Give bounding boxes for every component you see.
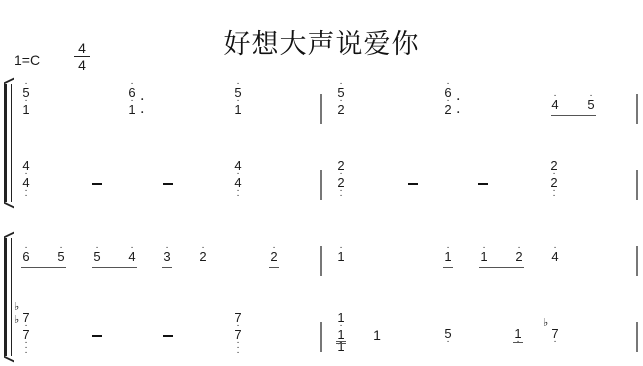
note: ·3 xyxy=(160,246,174,263)
barline xyxy=(320,170,322,200)
chord-note: ·5 ·2 xyxy=(334,82,348,116)
sustain-dash xyxy=(408,183,418,185)
note: ·2 xyxy=(512,246,526,263)
barline xyxy=(636,322,638,352)
note: ·5 xyxy=(90,246,104,263)
beam-underline xyxy=(21,267,66,268)
barline xyxy=(636,246,638,276)
note: ·1 xyxy=(477,246,491,263)
system-2-brace-icon xyxy=(4,238,12,356)
note: 5· xyxy=(441,328,455,345)
note: ·1 xyxy=(441,246,455,263)
chord-note: ·5 ·1 xyxy=(19,82,33,116)
augmentation-dot: . xyxy=(456,101,460,117)
chord-note: 4· 4·· xyxy=(19,160,33,199)
beam-underline xyxy=(336,343,346,344)
chord-note: ·5 ·1 xyxy=(231,82,245,116)
sustain-dash xyxy=(92,183,102,185)
barline xyxy=(636,94,638,124)
score-title: 好想大声说爱你 xyxy=(0,22,643,61)
note: ·2 xyxy=(196,246,210,263)
beam-underline xyxy=(551,115,596,116)
note: 1 xyxy=(370,328,384,342)
barline xyxy=(320,322,322,352)
chord-note: 2· 2·· xyxy=(334,160,348,199)
beam-underline xyxy=(443,267,453,268)
chord-note: ·6 ·2 xyxy=(441,82,455,116)
time-signature-numerator: 4 xyxy=(74,40,90,57)
beam-underline xyxy=(513,342,523,343)
barline xyxy=(320,246,322,276)
barline xyxy=(636,170,638,200)
note: ·4 xyxy=(548,94,562,111)
note: ·4 xyxy=(548,246,562,263)
beam-underline xyxy=(479,267,524,268)
chord-note: ·6 ·1 xyxy=(125,82,139,116)
note: ·4 xyxy=(125,246,139,263)
chord-note: 7· 7··· xyxy=(19,312,33,356)
chord-note: 4· 4·· xyxy=(231,160,245,199)
barline xyxy=(320,94,322,124)
beam-underline xyxy=(336,341,346,342)
augmentation-dot: . xyxy=(140,101,144,117)
note: ·2 xyxy=(267,246,281,263)
note: 7· xyxy=(548,328,562,345)
note: ·5 xyxy=(584,94,598,111)
beam-underline xyxy=(92,267,137,268)
system-1-brace-icon xyxy=(4,84,12,202)
sustain-dash xyxy=(92,335,102,337)
beam-underline xyxy=(162,267,172,268)
chord-note: 7· 7··· xyxy=(231,312,245,356)
time-signature-denominator: 4 xyxy=(74,57,90,73)
beam-underline xyxy=(269,267,279,268)
key-signature: 1=C xyxy=(14,52,40,68)
note: ·1 xyxy=(334,246,348,263)
note: ·6 xyxy=(19,246,33,263)
chord-note: 1· 1 1 xyxy=(334,312,348,353)
chord-note: 2· 2·· xyxy=(547,160,561,199)
note: ·5 xyxy=(54,246,68,263)
sustain-dash xyxy=(163,183,173,185)
time-signature: 4 4 xyxy=(74,40,90,73)
sustain-dash xyxy=(478,183,488,185)
sustain-dash xyxy=(163,335,173,337)
